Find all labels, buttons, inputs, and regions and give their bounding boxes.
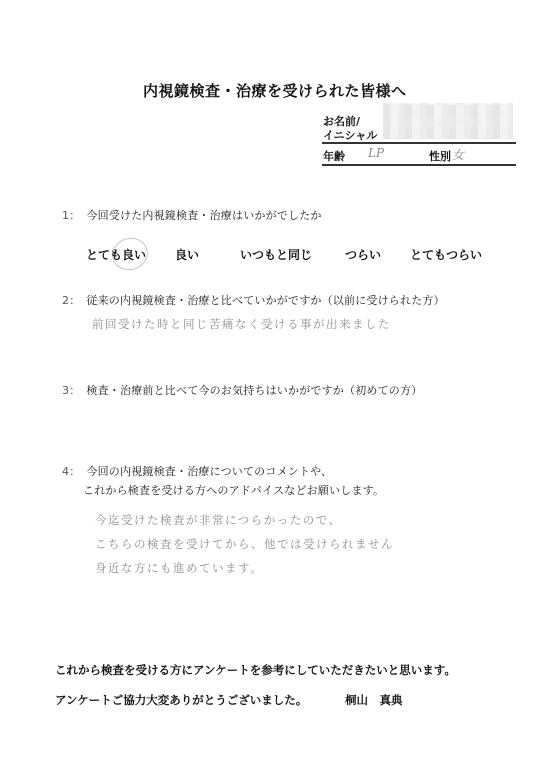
question-1: 1：今回受けた内視鏡検査・治療はいかがでしたか	[62, 207, 322, 223]
name-label-line2: イニシャル	[323, 129, 377, 143]
question-4-answer-line-1[interactable]: 今迄受けた検査が非常につらかったので、	[95, 512, 342, 528]
question-3-number: 3：	[62, 384, 80, 397]
question-3-text: 検査・治療前と比べて今のお気持ちはいかがですか（初めての方）	[86, 384, 422, 397]
question-3: 3：検査・治療前と比べて今のお気持ちはいかがですか（初めての方）	[62, 382, 422, 398]
option-very-painful[interactable]: とてもつらい	[410, 246, 482, 263]
redacted-name-field	[383, 103, 513, 139]
question-4-number: 4：	[62, 465, 80, 478]
question-1-number: 1：	[62, 209, 80, 222]
age-sex-underline	[322, 164, 516, 166]
document-title: 内視鏡検査・治療を受けられた皆様へ	[143, 80, 407, 101]
sex-value: 女	[452, 146, 464, 163]
option-good[interactable]: 良い	[175, 246, 199, 263]
question-4-answer-line-2[interactable]: こちらの検査を受けてから、他では受けられません	[95, 536, 394, 552]
name-label: お名前/ イニシャル	[323, 115, 377, 143]
footer-thanks: アンケートご協力大変ありがとうございました。	[55, 692, 307, 708]
age-label: 年齢	[323, 148, 345, 164]
option-same-as-usual[interactable]: いつもと同じ	[240, 246, 312, 263]
question-2-answer[interactable]: 前回受けた時と同じ苦痛なく受ける事が出来ました	[92, 316, 391, 332]
option-painful[interactable]: つらい	[345, 246, 381, 263]
question-4-answer-line-3[interactable]: 身近な方にも進めています。	[95, 560, 263, 576]
name-underline	[322, 142, 516, 144]
question-2: 2：従来の内視鏡検査・治療と比べていかがですか（以前に受けられた方）	[62, 292, 445, 308]
question-1-text: 今回受けた内視鏡検査・治療はいかがでしたか	[86, 209, 321, 222]
question-2-number: 2：	[62, 294, 80, 307]
question-4: 4：今回の内視鏡検査・治療についてのコメントや、	[62, 463, 332, 479]
question-2-text: 従来の内視鏡検査・治療と比べていかがですか（以前に受けられた方）	[86, 294, 444, 307]
footer-message: これから検査を受ける方にアンケートを参考にしていただきたいと思います。	[55, 662, 456, 678]
question-4-text-line1: 今回の内視鏡検査・治療についてのコメントや、	[86, 465, 332, 478]
sex-label: 性別	[429, 148, 451, 164]
footer-signature: 桐山 真典	[345, 692, 403, 708]
age-value: LP	[368, 146, 384, 160]
name-label-line1: お名前/	[323, 115, 377, 129]
option-very-good[interactable]: とても良い	[86, 246, 146, 263]
question-4-text-line2: これから検査を受ける方へのアドバイスなどお願いします。	[83, 482, 384, 498]
